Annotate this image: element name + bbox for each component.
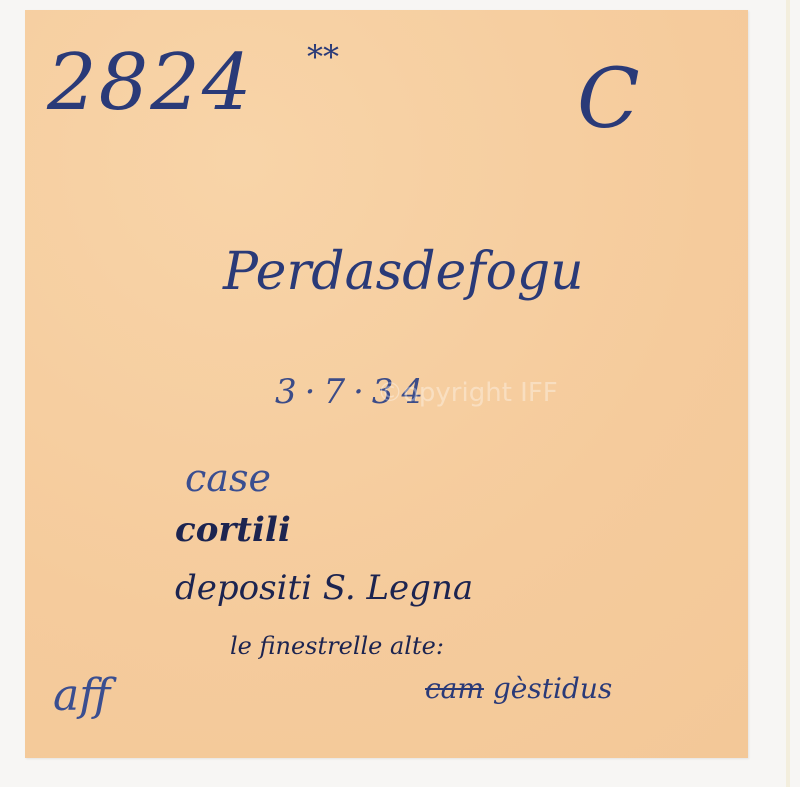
copyright-watermark: ©opyright IFF xyxy=(377,378,558,408)
initials: aff xyxy=(53,670,110,721)
note-line-5-text: gèstidus xyxy=(493,672,612,705)
note-line-2: cortili xyxy=(175,510,291,550)
archive-card: 2824 ** C Perdasdefogu 3·7·34 ©opyright … xyxy=(25,10,748,758)
class-letter: C xyxy=(577,52,640,147)
place-name: Perdasdefogu xyxy=(223,242,584,302)
struck-word: cam xyxy=(425,672,484,705)
adjacent-card-edge xyxy=(786,0,790,787)
note-line-4: le finestrelle alte: xyxy=(230,632,444,660)
catalog-number: 2824 xyxy=(47,38,254,128)
note-line-5: cam gèstidus xyxy=(425,672,612,705)
note-line-1: case xyxy=(185,456,271,500)
catalog-star-marks: ** xyxy=(307,38,339,76)
note-line-3: depositi S. Legna xyxy=(175,568,473,608)
